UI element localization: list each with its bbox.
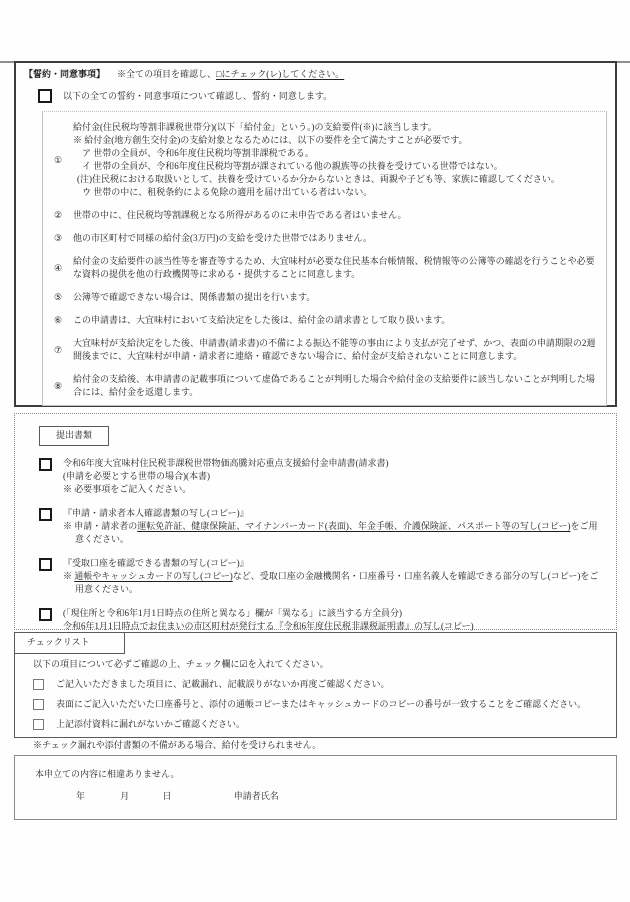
checklist-item-2: 表面にご記入いただいた口座番号と、添付の通帳コピーまたはキャッシュカードのコピー… [33, 698, 616, 711]
pledge-item-1: ① 給付金(住民税均等割非課税世帯分)(以下「給付金」という。)の支給要件(※)… [43, 121, 596, 199]
pledge-item-2-number: ② [43, 209, 73, 222]
pledge-item-1-text: 給付金(住民税均等割非課税世帯分)(以下「給付金」という。)の支給要件(※)に該… [73, 121, 596, 199]
checklist-item-3-label: 上記添付資料に漏れがないかご確認ください。 [56, 718, 245, 731]
pledge-item-6-text: この申請書は、大宜味村において支給決定をした後は、給付金の請求書として取り扱いま… [73, 314, 596, 327]
pledge-header: 【誓約・同意事項】※全ての項目を確認し、□にチェック(レ)してください。 [24, 68, 615, 81]
pledge-master-label: 以下の全ての誓約・同意事項について確認し、誓約・同意します。 [63, 90, 332, 103]
pledge-item-4-text: 給付金の支給要件の該当性等を審査等するため、大宜味村が必要な住民基本台帳情報、税… [73, 255, 596, 281]
document-item-3-note: ※ 通帳やキャッシュカードの写し(コピー)など、受取口座の金融機関名・口座番号・… [63, 570, 602, 596]
document-item-3-note-underlined: 通帳やキャッシュカードの写し(コピー) [74, 571, 232, 581]
pledge-item-8-number: ⑧ [43, 380, 73, 393]
pledge-instruction-underlined: □にチェック(レ)してください。 [216, 69, 344, 79]
date-signature-row: 年 月 日 申請者氏名 [15, 790, 616, 803]
document-item-3-note-prefix: ※ [63, 571, 74, 581]
checklist-section: チェックリスト 以下の項目について必ずご確認の上、チェック欄に☑を入れてください… [14, 632, 617, 738]
pledge-item-7-text: 大宜味村が支給決定をした後、申請書(請求書)の不備による振込不能等の事由により支… [73, 337, 596, 363]
document-item-4-text: (「現住所と令和6年1月1日時点の住所と異なる」欄が「異なる」に該当する方全員分… [63, 607, 616, 633]
document-item-1-checkbox[interactable] [39, 458, 52, 471]
pledge-instruction-prefix: ※全ての項目を確認し、 [117, 69, 216, 79]
pledge-item-6-number: ⑥ [43, 314, 73, 327]
document-item-1-note: ※ 必要事項をご記入ください。 [63, 483, 602, 496]
applicant-name-label: 申請者氏名 [234, 791, 279, 801]
pledge-master-checkbox[interactable] [38, 89, 52, 103]
pledge-item-4-number: ④ [43, 262, 73, 275]
pledge-item-6: ⑥ この申請書は、大宜味村において支給決定をした後は、給付金の請求書として取り扱… [43, 314, 596, 327]
document-item-4: (「現住所と令和6年1月1日時点の住所と異なる」欄が「異なる」に該当する方全員分… [39, 607, 616, 633]
pledge-master-row: 以下の全ての誓約・同意事項について確認し、誓約・同意します。 [38, 89, 615, 103]
pledge-item-5-text: 公簿等で確認できない場合は、関係書類の提出を行います。 [73, 291, 596, 304]
document-item-1-sub: (申請を必要とする世帯の場合)(本書) [63, 470, 602, 483]
pledge-item-7-number: ⑦ [43, 344, 73, 357]
pledge-item-1-line-4: イ 世帯の全員が、令和6年度住民税均等割が課されている他の親族等の扶養を受けてい… [73, 160, 596, 173]
pledge-item-8: ⑧ 給付金の支給後、本申請書の記載事項について虚偽であることが判明した場合や給付… [43, 373, 596, 399]
pledge-section-title: 【誓約・同意事項】 [24, 69, 105, 79]
document-item-2-note-underlined: 運転免許証、健康保険証、マイナンバーカード(表面)、年金手帳、介護保険証、パスポ… [137, 521, 570, 531]
pledge-item-4: ④ 給付金の支給要件の該当性等を審査等するため、大宜味村が必要な住民基本台帳情報… [43, 255, 596, 281]
checklist-item-3: 上記添付資料に漏れがないかご確認ください。 [33, 718, 616, 731]
pledge-item-3: ③ 他の市区町村で同様の給付金(3万円)の支給を受けた世帯ではありません。 [43, 232, 596, 245]
pledge-terms-box: ① 給付金(住民税均等割非課税世帯分)(以下「給付金」という。)の支給要件(※)… [42, 111, 607, 406]
checklist-item-1-label: ご記入いただきました項目に、記載漏れ、記載誤りがないか再度ご確認ください。 [56, 678, 390, 691]
pledge-item-5-number: ⑤ [43, 291, 73, 304]
document-item-4-main: (「現住所と令和6年1月1日時点の住所と異なる」欄が「異なる」に該当する方全員分… [63, 607, 602, 620]
pledge-item-1-line-6: ウ 世帯の中に、租税条約による免除の適用を届け出ている者はいない。 [73, 186, 596, 199]
pledge-item-1-line-1: 給付金(住民税均等割非課税世帯分)(以下「給付金」という。)の支給要件(※)に該… [73, 121, 596, 134]
month-label: 月 [120, 791, 129, 801]
document-item-1-main: 令和6年度大宜味村住民税非課税世帯物価高騰対応重点支援給付金申請書(請求書) [63, 457, 602, 470]
checklist-item-2-label: 表面にご記入いただいた口座番号と、添付の通帳コピーまたはキャッシュカードのコピー… [56, 698, 586, 711]
submission-documents-section: 提出書類 令和6年度大宜味村住民税非課税世帯物価高騰対応重点支援給付金申請書(請… [14, 413, 617, 630]
checklist-item-1: ご記入いただきました項目に、記載漏れ、記載誤りがないか再度ご確認ください。 [33, 678, 616, 691]
document-item-3-checkbox[interactable] [39, 558, 52, 571]
document-item-1: 令和6年度大宜味村住民税非課税世帯物価高騰対応重点支援給付金申請書(請求書) (… [39, 457, 616, 496]
document-item-2-text: 『申請・請求者本人確認書類の写し(コピー)』 ※ 申請・請求者の運転免許証、健康… [63, 507, 616, 546]
pledge-item-5: ⑤ 公簿等で確認できない場合は、関係書類の提出を行います。 [43, 291, 596, 304]
pledge-item-2: ② 世帯の中に、住民税均等割課税となる所得があるのに未申告である者はいません。 [43, 209, 596, 222]
submission-documents-label: 提出書類 [39, 426, 109, 446]
day-label: 日 [163, 791, 172, 801]
affirmation-section: 本申立ての内容に相違ありません。 年 月 日 申請者氏名 [14, 755, 617, 820]
document-item-2: 『申請・請求者本人確認書類の写し(コピー)』 ※ 申請・請求者の運転免許証、健康… [39, 507, 616, 546]
document-item-3-main: 『受取口座を確認できる書類の写し(コピー)』 [63, 557, 602, 570]
year-label: 年 [76, 791, 85, 801]
pledge-item-1-line-2: ※ 給付金(地方創生交付金)の支給対象となるためには、以下の要件を全て満たすこと… [73, 134, 596, 147]
affirmation-statement: 本申立ての内容に相違ありません。 [35, 768, 616, 781]
pledge-item-1-line-3: ア 世帯の全員が、令和6年度住民税均等割非課税である。 [73, 147, 596, 160]
checklist-label: チェックリスト [14, 632, 125, 654]
pledge-item-3-number: ③ [43, 232, 73, 245]
document-item-3-text: 『受取口座を確認できる書類の写し(コピー)』 ※ 通帳やキャッシュカードの写し(… [63, 557, 616, 596]
checklist-note: ※チェック漏れや添付書類の不備がある場合、給付を受けられません。 [33, 739, 616, 752]
pledge-item-2-text: 世帯の中に、住民税均等割課税となる所得があるのに未申告である者はいません。 [73, 209, 596, 222]
checklist-item-3-checkbox[interactable] [33, 719, 44, 730]
checklist-item-1-checkbox[interactable] [33, 679, 44, 690]
pledge-consent-section: 【誓約・同意事項】※全ての項目を確認し、□にチェック(レ)してください。 以下の… [14, 61, 617, 407]
application-form-page: 【誓約・同意事項】※全ての項目を確認し、□にチェック(レ)してください。 以下の… [0, 0, 630, 902]
pledge-item-8-text: 給付金の支給後、本申請書の記載事項について虚偽であることが判明した場合や給付金の… [73, 373, 596, 399]
pledge-item-1-line-5: (注)住民税における取扱いとして、扶養を受けているか分からないときは、両親や子ど… [73, 173, 596, 186]
document-item-3: 『受取口座を確認できる書類の写し(コピー)』 ※ 通帳やキャッシュカードの写し(… [39, 557, 616, 596]
document-item-2-note-prefix: ※ 申請・請求者の [63, 521, 137, 531]
document-item-2-note: ※ 申請・請求者の運転免許証、健康保険証、マイナンバーカード(表面)、年金手帳、… [63, 520, 602, 546]
pledge-item-7: ⑦ 大宜味村が支給決定をした後、申請書(請求書)の不備による振込不能等の事由によ… [43, 337, 596, 363]
pledge-item-3-text: 他の市区町村で同様の給付金(3万円)の支給を受けた世帯ではありません。 [73, 232, 596, 245]
document-item-2-checkbox[interactable] [39, 508, 52, 521]
pledge-instruction: ※全ての項目を確認し、□にチェック(レ)してください。 [117, 69, 344, 79]
checklist-intro: 以下の項目について必ずご確認の上、チェック欄に☑を入れてください。 [33, 658, 616, 671]
checklist-item-2-checkbox[interactable] [33, 699, 44, 710]
document-item-2-main: 『申請・請求者本人確認書類の写し(コピー)』 [63, 507, 602, 520]
document-item-4-checkbox[interactable] [39, 608, 52, 621]
pledge-item-1-number: ① [43, 154, 73, 167]
document-item-1-text: 令和6年度大宜味村住民税非課税世帯物価高騰対応重点支援給付金申請書(請求書) (… [63, 457, 616, 496]
